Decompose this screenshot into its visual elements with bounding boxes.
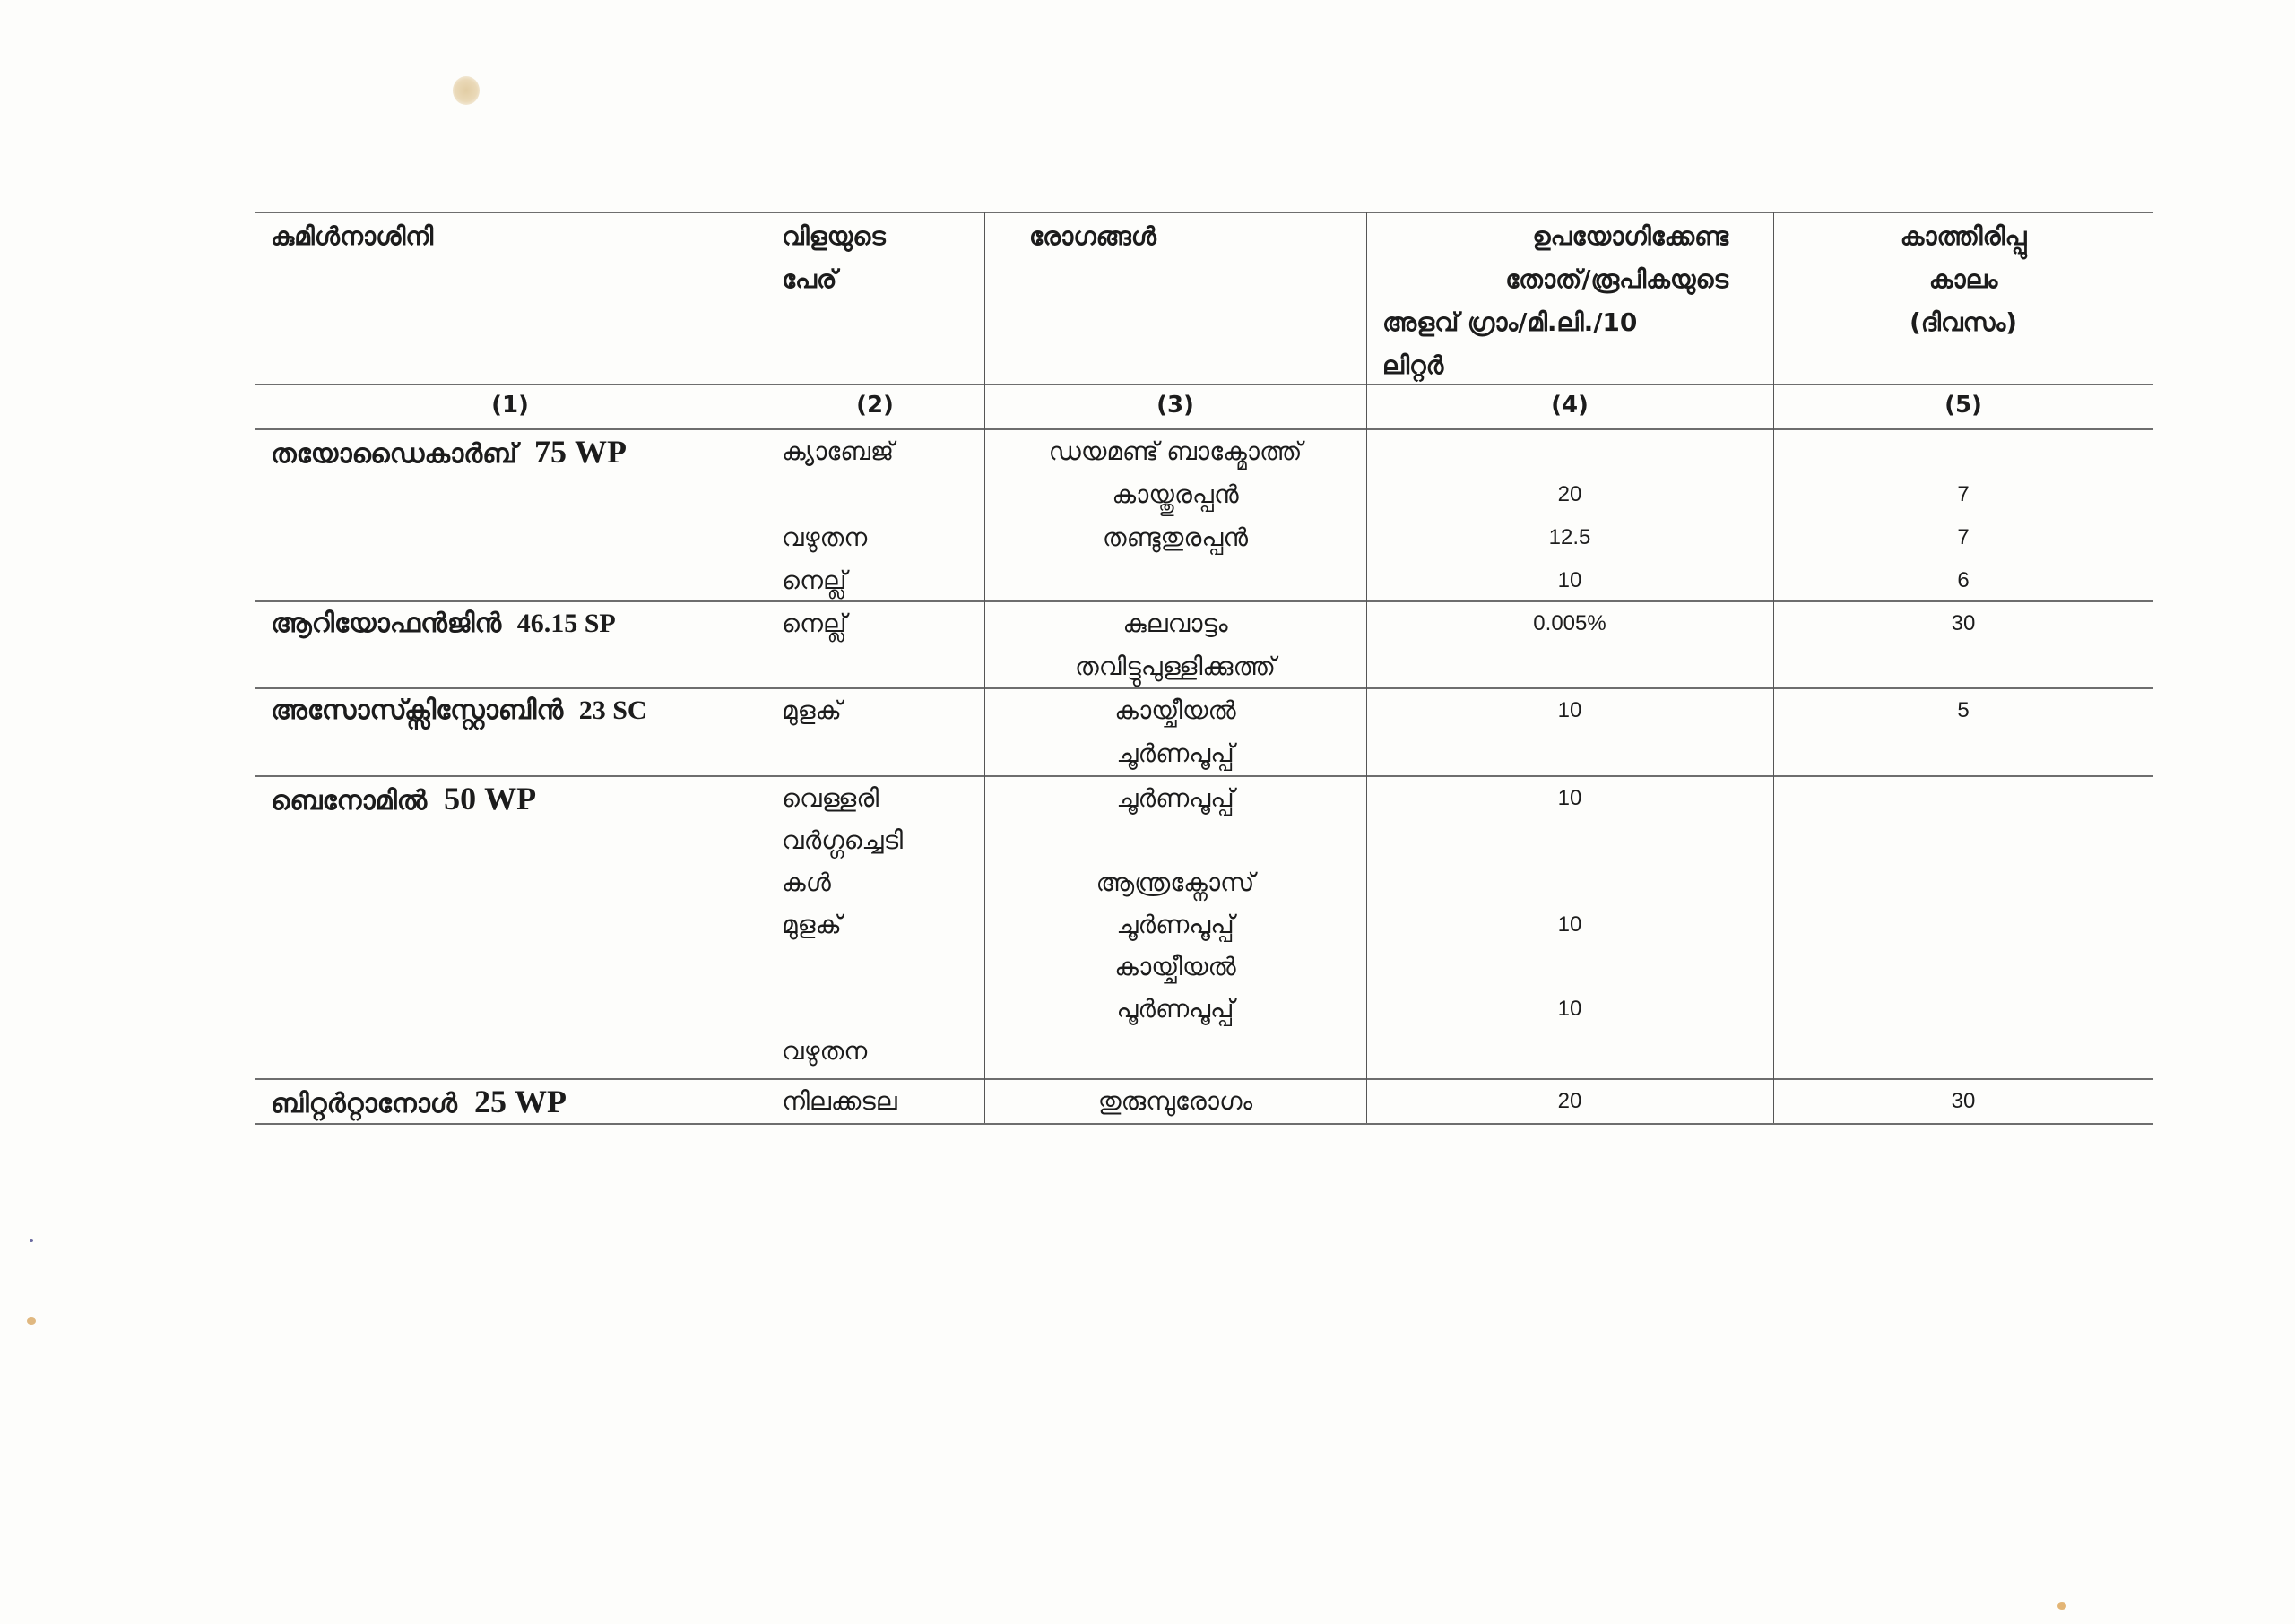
waiting-period-value-cell: 30 <box>1773 1080 2153 1123</box>
waiting-period-value: 6 <box>1773 559 2153 602</box>
column-header-line: അളവ് ഗ്രാം/മി.ലി./10 <box>1382 301 1773 344</box>
disease-name <box>984 1030 1366 1072</box>
fungicide-name-text: ആറിയോഫൻജിൻ <box>271 608 501 639</box>
paper-stain <box>453 76 480 105</box>
disease-name-cell: തുരുമ്പുരോഗം <box>984 1080 1366 1123</box>
disease-name: കായ്ചീയൽ <box>984 689 1366 732</box>
disease-name: ഡയമണ്ട് ബാക്മോത്ത് <box>984 430 1366 473</box>
dosage-value: 10 <box>1366 777 1773 819</box>
disease-name: ചൂർണപൂപ്പ് <box>984 777 1366 819</box>
waiting-period-value <box>1773 903 2153 946</box>
fungicide-name-text: അസോസ്ക്സിസ്റ്റോബിൻ <box>271 695 563 726</box>
crop-name: നിലക്കടല <box>782 1080 984 1123</box>
fungicide-name-text: ബെനോമിൽ <box>271 785 427 816</box>
crop-name-cell: നെല്ല് <box>766 602 984 688</box>
dosage-value: 0.005% <box>1366 602 1773 645</box>
fungicide-name-line: അസോസ്ക്സിസ്റ്റോബിൻ 23 SC <box>271 689 766 732</box>
fungicide-name: തയോഡൈകാർബ് 75 WP <box>255 430 766 473</box>
column-header-line: പേര് <box>782 258 984 301</box>
column-number: (5) <box>1773 384 2153 428</box>
crop-name: വഴുതന <box>782 516 984 559</box>
disease-name <box>984 559 1366 602</box>
disease-name: കുലവാട്ടം <box>984 602 1366 645</box>
waiting-period-value <box>1773 777 2153 819</box>
crop-name <box>782 473 984 516</box>
formulation: 23 SC <box>572 695 646 725</box>
formulation: 50 WP <box>436 781 536 816</box>
waiting-period-value: 30 <box>1773 602 2153 645</box>
fungicide-name: ബെനോമിൽ 50 WP <box>255 777 766 820</box>
fungicide-name-text: തയോഡൈകാർബ് <box>271 438 517 470</box>
waiting-period-value <box>1773 645 2153 688</box>
table-rule <box>255 1123 2153 1125</box>
waiting-period-value <box>1773 819 2153 861</box>
waiting-period-value-cell: 30 <box>1773 602 2153 688</box>
dosage-value <box>1366 861 1773 903</box>
crop-name: നെല്ല് <box>782 602 984 645</box>
column-header: ഉപയോഗിക്കേണ്ടതോത്/രൂപികയുടെഅളവ് ഗ്രാം/മി… <box>1366 215 1773 387</box>
column-header-line: രോഗങ്ങൾ <box>1029 215 1366 258</box>
formulation: 25 WP <box>466 1084 567 1119</box>
disease-name: ആന്ത്രക്നോസ് <box>984 861 1366 903</box>
disease-name: ചൂർണപൂപ്പ് <box>984 903 1366 946</box>
fungicide-name-line: ബിറ്റർറ്റാനോൾ 25 WP <box>271 1080 766 1123</box>
dosage-value: 10 <box>1366 689 1773 732</box>
disease-name: ചൂർണപൂപ്പ് <box>984 732 1366 775</box>
crop-name: ക്യാബേജ് <box>782 430 984 473</box>
disease-name: പൂർണപൂപ്പ് <box>984 988 1366 1030</box>
column-header: കാത്തിരിപ്പുകാലം(ദിവസം) <box>1773 215 2153 344</box>
waiting-period-value <box>1773 1030 2153 1072</box>
waiting-period-value-cell <box>1773 777 2153 1072</box>
column-number: (4) <box>1366 384 1773 428</box>
fungicide-name: അസോസ്ക്സിസ്റ്റോബിൻ 23 SC <box>255 689 766 732</box>
dosage-value-cell: 20 <box>1366 1080 1773 1123</box>
dosage-value: 20 <box>1366 473 1773 516</box>
dosage-value <box>1366 1030 1773 1072</box>
disease-name: തണ്ടുതുരപ്പൻ <box>984 516 1366 559</box>
paper-speck <box>2057 1602 2066 1610</box>
waiting-period-value-cell: 5 <box>1773 689 2153 775</box>
dosage-value <box>1366 430 1773 473</box>
crop-name <box>782 732 984 775</box>
column-header-line: കുമിൾനാശിനി <box>271 215 766 258</box>
dosage-value: 20 <box>1366 1080 1773 1123</box>
crop-name-cell: നിലക്കടല <box>766 1080 984 1123</box>
fungicide-name: ആറിയോഫൻജിൻ 46.15 SP <box>255 602 766 645</box>
fungicide-name-line: ബെനോമിൽ 50 WP <box>271 777 766 820</box>
dosage-value: 10 <box>1366 903 1773 946</box>
paper-speck <box>30 1239 33 1242</box>
disease-name: തുരുമ്പുരോഗം <box>984 1080 1366 1123</box>
waiting-period-value <box>1773 430 2153 473</box>
dosage-value <box>1366 946 1773 988</box>
crop-name <box>782 645 984 688</box>
fungicide-name-text: ബിറ്റർറ്റാനോൾ <box>271 1088 457 1119</box>
disease-name-cell: കുലവാട്ടംതവിട്ടുപുള്ളിക്കുത്ത് <box>984 602 1366 688</box>
waiting-period-value <box>1773 861 2153 903</box>
dosage-value: 10 <box>1366 988 1773 1030</box>
waiting-period-value: 7 <box>1773 516 2153 559</box>
column-header-line: വിളയുടെ <box>782 215 984 258</box>
dosage-value <box>1366 645 1773 688</box>
dosage-value-cell: 10 <box>1366 689 1773 775</box>
disease-name: കായ്തുരപ്പൻ <box>984 473 1366 516</box>
waiting-period-value: 5 <box>1773 689 2153 732</box>
disease-name-cell: ഡയമണ്ട് ബാക്മോത്ത്കായ്തുരപ്പൻതണ്ടുതുരപ്പ… <box>984 430 1366 602</box>
crop-name: വർഗ്ഗച്ചെടി <box>782 819 984 861</box>
column-header-line: ഉപയോഗിക്കേണ്ട <box>1382 215 1773 258</box>
column-header-line: കാത്തിരിപ്പു <box>1773 215 2153 258</box>
crop-name: കൾ <box>782 861 984 903</box>
crop-name-cell: മുളക് <box>766 689 984 775</box>
dosage-value-cell: 0.005% <box>1366 602 1773 688</box>
crop-name: വഴുതന <box>782 1030 984 1072</box>
crop-name-cell: വെള്ളരിവർഗ്ഗച്ചെടികൾമുളക്വഴുതന <box>766 777 984 1072</box>
column-number: (2) <box>766 384 984 428</box>
waiting-period-value <box>1773 732 2153 775</box>
column-header-line: കാലം <box>1773 258 2153 301</box>
column-header-line: ലിറ്റർ <box>1382 344 1773 387</box>
disease-name-cell: കായ്ചീയൽചൂർണപൂപ്പ് <box>984 689 1366 775</box>
column-number: (3) <box>984 384 1366 428</box>
waiting-period-value <box>1773 988 2153 1030</box>
waiting-period-value: 7 <box>1773 473 2153 516</box>
column-header: വിളയുടെപേര് <box>766 215 984 301</box>
crop-name: മുളക് <box>782 903 984 946</box>
formulation: 46.15 SP <box>510 609 616 638</box>
disease-name: തവിട്ടുപുള്ളിക്കുത്ത് <box>984 645 1366 688</box>
waiting-period-value-cell: 776 <box>1773 430 2153 602</box>
dosage-value-cell: 101010 <box>1366 777 1773 1072</box>
crop-name-cell: ക്യാബേജ്വഴുതനനെല്ല് <box>766 430 984 602</box>
fungicide-name: ബിറ്റർറ്റാനോൾ 25 WP <box>255 1080 766 1123</box>
crop-name: നെല്ല് <box>782 559 984 602</box>
disease-name <box>984 819 1366 861</box>
dosage-value <box>1366 732 1773 775</box>
column-header-line: (ദിവസം) <box>1773 301 2153 344</box>
waiting-period-value <box>1773 946 2153 988</box>
column-header-line: തോത്/രൂപികയുടെ <box>1382 258 1773 301</box>
crop-name <box>782 946 984 988</box>
waiting-period-value: 30 <box>1773 1080 2153 1123</box>
paper-speck <box>27 1317 36 1325</box>
column-header: കുമിൾനാശിനി <box>255 215 766 258</box>
dosage-value <box>1366 819 1773 861</box>
dosage-value-cell: 2012.510 <box>1366 430 1773 602</box>
crop-name <box>782 988 984 1030</box>
crop-name: വെള്ളരി <box>782 777 984 819</box>
fungicide-name-line: തയോഡൈകാർബ് 75 WP <box>271 430 766 473</box>
disease-name-cell: ചൂർണപൂപ്പ്ആന്ത്രക്നോസ്ചൂർണപൂപ്പ്കായ്ചീയൽ… <box>984 777 1366 1072</box>
dosage-value: 12.5 <box>1366 516 1773 559</box>
formulation: 75 WP <box>526 434 627 470</box>
dosage-value: 10 <box>1366 559 1773 602</box>
fungicide-name-line: ആറിയോഫൻജിൻ 46.15 SP <box>271 602 766 645</box>
table-rule <box>255 212 2153 213</box>
column-number: (1) <box>255 384 766 428</box>
column-header: രോഗങ്ങൾ <box>984 215 1366 258</box>
disease-name: കായ്ചീയൽ <box>984 946 1366 988</box>
crop-name: മുളക് <box>782 689 984 732</box>
